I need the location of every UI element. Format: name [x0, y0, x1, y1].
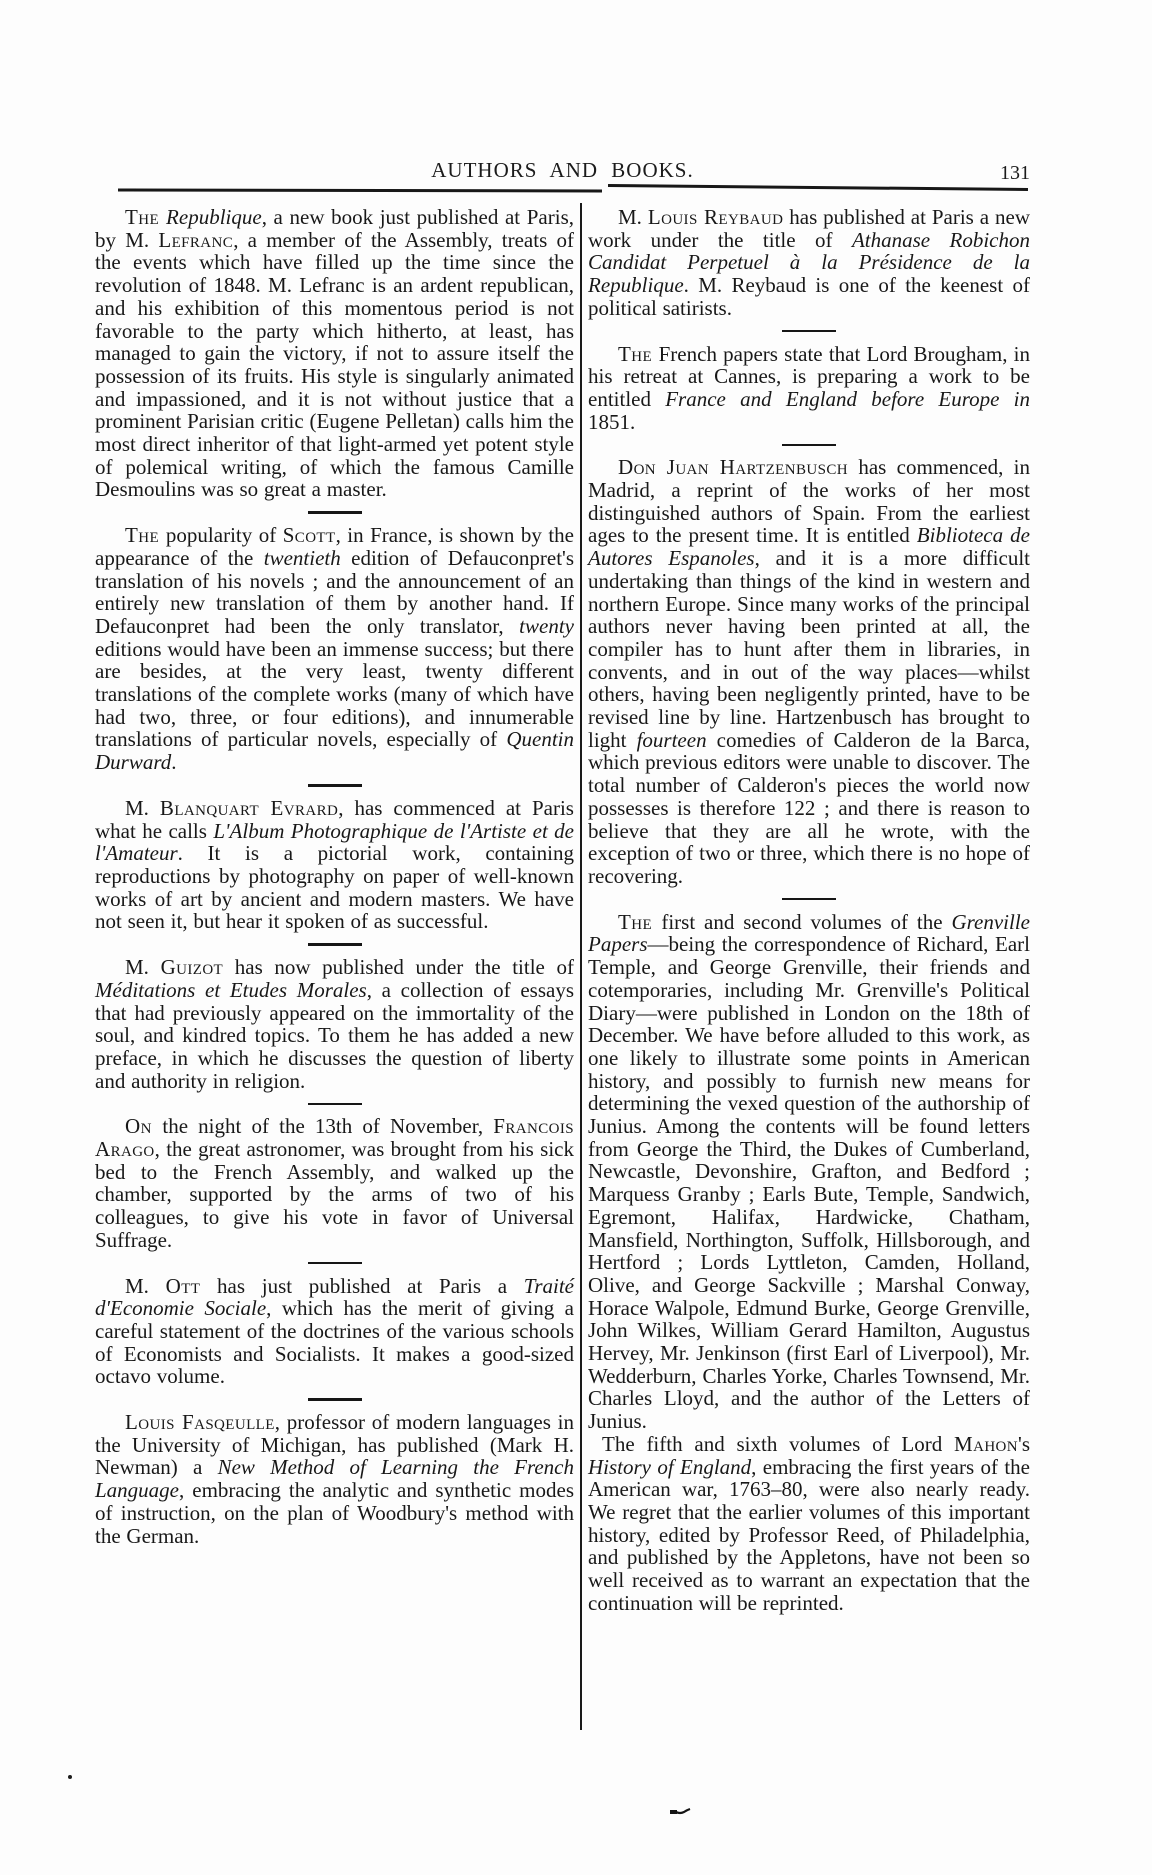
paragraph: M. Ott has just published at Paris a Tra… — [95, 1275, 574, 1389]
header-rule-left — [118, 188, 602, 192]
header-rule-right — [608, 184, 1028, 191]
paragraph: M. Guizot has now published under the ti… — [95, 956, 574, 1092]
paragraph-separator — [588, 433, 1030, 456]
column-divider — [580, 203, 582, 1730]
paragraph: Louis Fasqeulle, professor of modern lan… — [95, 1411, 574, 1547]
paragraph-separator — [95, 933, 574, 956]
paragraph: On the night of the 13th of November, Fr… — [95, 1115, 574, 1251]
page-title: AUTHORS AND BOOKS. — [431, 158, 693, 182]
left-column: The Republique, a new book just publishe… — [95, 206, 574, 1547]
ink-mark-icon — [668, 1804, 698, 1818]
paragraph: The French papers state that Lord Brough… — [588, 343, 1030, 434]
paragraph-separator — [95, 774, 574, 797]
running-head: AUTHORS AND BOOKS. 131 — [95, 158, 1030, 183]
paragraph-separator — [95, 1092, 574, 1115]
paragraph-separator — [95, 1388, 574, 1411]
ink-speck — [68, 1775, 72, 1779]
page-number: 131 — [1000, 162, 1030, 185]
paragraph-separator — [95, 1252, 574, 1275]
paragraph-separator — [95, 501, 574, 524]
scanned-page: AUTHORS AND BOOKS. 131 The Republique, a… — [0, 0, 1152, 1875]
paragraph: M. Louis Reybaud has published at Paris … — [588, 206, 1030, 320]
right-column: M. Louis Reybaud has published at Paris … — [588, 206, 1030, 1614]
paragraph: M. Blanquart Evrard, has commenced at Pa… — [95, 797, 574, 933]
paragraph: Don Juan Hartzenbusch has commenced, in … — [588, 456, 1030, 887]
paragraph-separator — [588, 888, 1030, 911]
paragraph: The popularity of Scott, in France, is s… — [95, 524, 574, 774]
paragraph: The fifth and sixth volumes of Lord Maho… — [588, 1433, 1030, 1615]
paragraph: The first and second volumes of the Gren… — [588, 911, 1030, 1433]
paragraph-separator — [588, 320, 1030, 343]
paragraph: The Republique, a new book just publishe… — [95, 206, 574, 501]
